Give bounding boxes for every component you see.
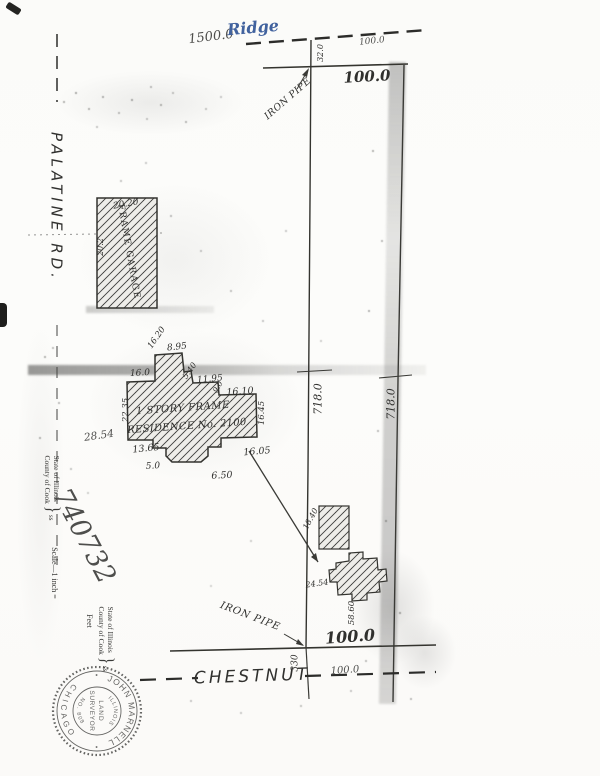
dim-718-right: 718.0 bbox=[386, 388, 397, 420]
handwritten-ridge-label: Ridge bbox=[226, 18, 279, 38]
tick-mark-right bbox=[379, 375, 412, 378]
legal-block-lower: State of Illinois County of Cook } ss bbox=[96, 607, 114, 672]
res-dim-650: 6.50 bbox=[211, 471, 233, 482]
small-outbuilding-footprint bbox=[319, 506, 349, 549]
seal-surveyor-text: SURVEYOR bbox=[88, 690, 95, 731]
res-dim-50: 5.0 bbox=[146, 462, 161, 472]
road-label-palatine: PALATINE RD. bbox=[49, 132, 64, 282]
survey-scan-page: JOHN MARNELL CHICAGO ILLINOIS NO. 808 LA… bbox=[0, 0, 600, 776]
dim-100-bottom-big: 100.0 bbox=[324, 627, 375, 646]
east-boundary-line bbox=[306, 40, 311, 648]
legal-ss: ss bbox=[47, 515, 55, 520]
chestnut-centerline-left bbox=[140, 678, 198, 680]
outbldg-dim-5860: 58.60 bbox=[348, 601, 357, 625]
second-vertical-line bbox=[393, 65, 404, 702]
seal-star-left: • bbox=[92, 673, 99, 677]
dim-32: 32.0 bbox=[317, 44, 325, 62]
cross-outbuilding-footprint bbox=[329, 552, 387, 601]
scale-label: Scale—1 inch = bbox=[50, 547, 58, 599]
legal-brace: } bbox=[94, 657, 115, 664]
dim-100-bottom-small: 100.0 bbox=[330, 665, 359, 677]
dim-100-top-big: 100.0 bbox=[343, 68, 391, 85]
seal-star-right: • bbox=[92, 745, 99, 749]
dim-330: 330 bbox=[292, 654, 301, 671]
chestnut-centerline-right bbox=[305, 672, 436, 676]
res-dim-2235: 22.35 bbox=[122, 398, 131, 422]
leader-arrowhead bbox=[311, 553, 318, 562]
legal-ss: ss bbox=[101, 666, 109, 671]
legal-state-line: State of Illinois bbox=[106, 607, 114, 655]
seal-number-text: NO. 808 bbox=[75, 696, 86, 726]
res-dim-1610: 16.10 bbox=[226, 386, 254, 397]
legal-county-line: County of Cook bbox=[96, 607, 104, 655]
seal-state-text: ILLINOIS bbox=[107, 695, 118, 726]
iron-pipe-arrowhead-bottom bbox=[296, 639, 304, 646]
res-dim-160: 16.0 bbox=[130, 369, 150, 379]
seal-name-text: JOHN MARNELL bbox=[106, 673, 137, 749]
south-boundary-line bbox=[170, 645, 436, 651]
scale-feet-label: Feet bbox=[85, 614, 93, 628]
res-dim-1645: 16.45 bbox=[258, 401, 267, 425]
tick-mark-left bbox=[297, 370, 332, 372]
res-dim-1605: 16.05 bbox=[243, 446, 271, 458]
surveyor-seal: JOHN MARNELL CHICAGO ILLINOIS NO. 808 LA… bbox=[53, 667, 141, 755]
garage-dim-side: 20.2 bbox=[97, 238, 105, 256]
dim-718-left: 718.0 bbox=[313, 383, 324, 415]
seal-land-text: LAND bbox=[97, 700, 104, 721]
